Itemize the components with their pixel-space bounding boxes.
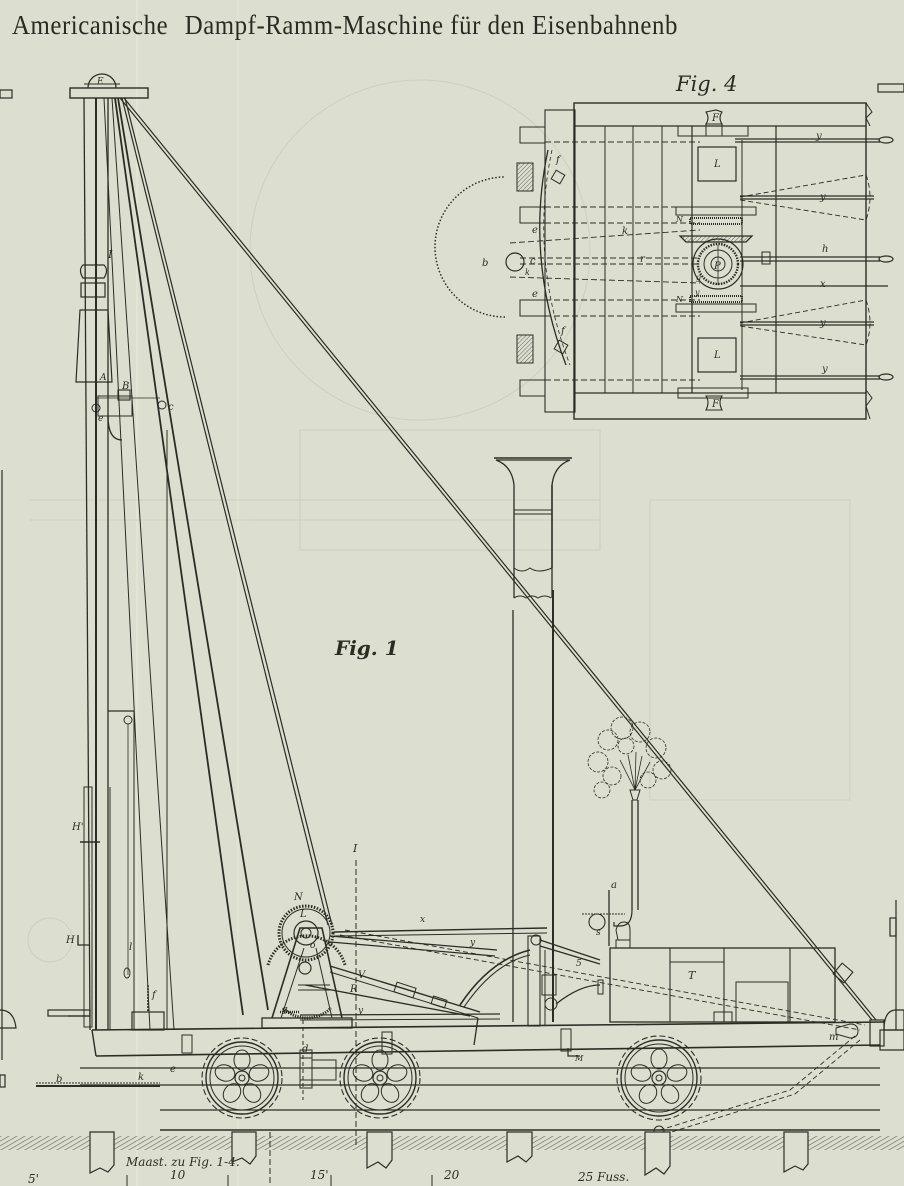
svg-text:g: g bbox=[282, 1005, 288, 1015]
svg-text:k: k bbox=[525, 268, 530, 277]
svg-text:a: a bbox=[611, 880, 617, 891]
svg-text:e: e bbox=[98, 414, 103, 424]
svg-text:y: y bbox=[357, 1006, 364, 1016]
svg-text:y: y bbox=[819, 318, 826, 329]
svg-text:y: y bbox=[819, 192, 826, 203]
scale-tick-25-fuss: 25 Fuss. bbox=[578, 1170, 629, 1184]
svg-text:m: m bbox=[829, 1032, 838, 1043]
svg-text:E: E bbox=[96, 77, 104, 87]
svg-text:g: g bbox=[696, 273, 701, 282]
fig1-labels: E I A B c e H' H l f b k e I N L x y V R… bbox=[56, 77, 838, 1085]
plate-title: AmericanischeDampf-Ramm-Maschine für den… bbox=[12, 10, 678, 41]
svg-text:k: k bbox=[622, 226, 628, 237]
svg-text:o: o bbox=[310, 941, 316, 951]
svg-text:L: L bbox=[299, 909, 307, 920]
scale-tick-20: 20 bbox=[444, 1168, 459, 1182]
svg-text:c: c bbox=[530, 256, 536, 267]
svg-text:N: N bbox=[675, 215, 684, 224]
svg-text:V: V bbox=[358, 970, 367, 981]
svg-text:e: e bbox=[532, 289, 538, 300]
svg-text:N: N bbox=[675, 295, 684, 304]
svg-text:y: y bbox=[821, 364, 828, 375]
title-part2: Dampf-Ramm-Maschine für den Eisenbahnenb bbox=[185, 10, 678, 40]
svg-text:y: y bbox=[694, 288, 700, 297]
scale-tick-10: 10 bbox=[170, 1168, 185, 1182]
svg-text:b: b bbox=[482, 258, 488, 269]
svg-text:M: M bbox=[574, 1054, 584, 1063]
fig1-label: Fig. 1 bbox=[335, 636, 399, 660]
svg-text:5: 5 bbox=[576, 959, 582, 969]
scale-tick-5: 5' bbox=[28, 1172, 39, 1186]
svg-text:I: I bbox=[107, 248, 113, 261]
svg-text:F: F bbox=[711, 399, 720, 410]
fig4-label: Fig. 4 bbox=[676, 72, 737, 96]
svg-text:k: k bbox=[138, 1072, 144, 1083]
svg-text:h: h bbox=[822, 244, 828, 255]
svg-text:y: y bbox=[469, 938, 476, 948]
svg-text:A: A bbox=[99, 373, 107, 383]
svg-text:y: y bbox=[815, 131, 822, 142]
scale-tick-15: 15' bbox=[310, 1168, 329, 1182]
svg-text:r: r bbox=[640, 254, 646, 265]
svg-text:L: L bbox=[713, 159, 721, 170]
machine-drawing: F F L L N N P g y h x k k c r b e e f f … bbox=[0, 0, 904, 1186]
svg-text:f: f bbox=[151, 990, 158, 1001]
svg-text:e: e bbox=[532, 225, 538, 236]
title-part1: Americanische bbox=[12, 10, 168, 40]
svg-text:s: s bbox=[596, 928, 601, 938]
svg-text:c: c bbox=[168, 402, 174, 413]
svg-text:x: x bbox=[820, 279, 826, 290]
svg-text:l: l bbox=[129, 942, 132, 953]
scale-caption: Maast. zu Fig. 1-4. bbox=[126, 1155, 240, 1169]
svg-text:T: T bbox=[688, 969, 697, 982]
svg-text:B: B bbox=[121, 381, 129, 392]
svg-text:x: x bbox=[420, 915, 425, 925]
svg-text:L: L bbox=[713, 350, 721, 361]
svg-text:N: N bbox=[293, 892, 304, 903]
svg-text:f: f bbox=[560, 326, 567, 337]
svg-text:R: R bbox=[349, 984, 358, 995]
svg-text:I: I bbox=[352, 842, 358, 855]
svg-text:e: e bbox=[170, 1064, 176, 1075]
svg-text:P: P bbox=[713, 261, 721, 272]
engraving-plate: F F L L N N P g y h x k k c r b e e f f … bbox=[0, 0, 904, 1186]
svg-text:H': H' bbox=[71, 822, 83, 833]
svg-text:H: H bbox=[65, 935, 75, 946]
svg-text:b: b bbox=[56, 1074, 62, 1085]
svg-text:f: f bbox=[555, 155, 562, 166]
svg-text:F: F bbox=[711, 113, 720, 124]
svg-text:d: d bbox=[302, 1044, 308, 1055]
